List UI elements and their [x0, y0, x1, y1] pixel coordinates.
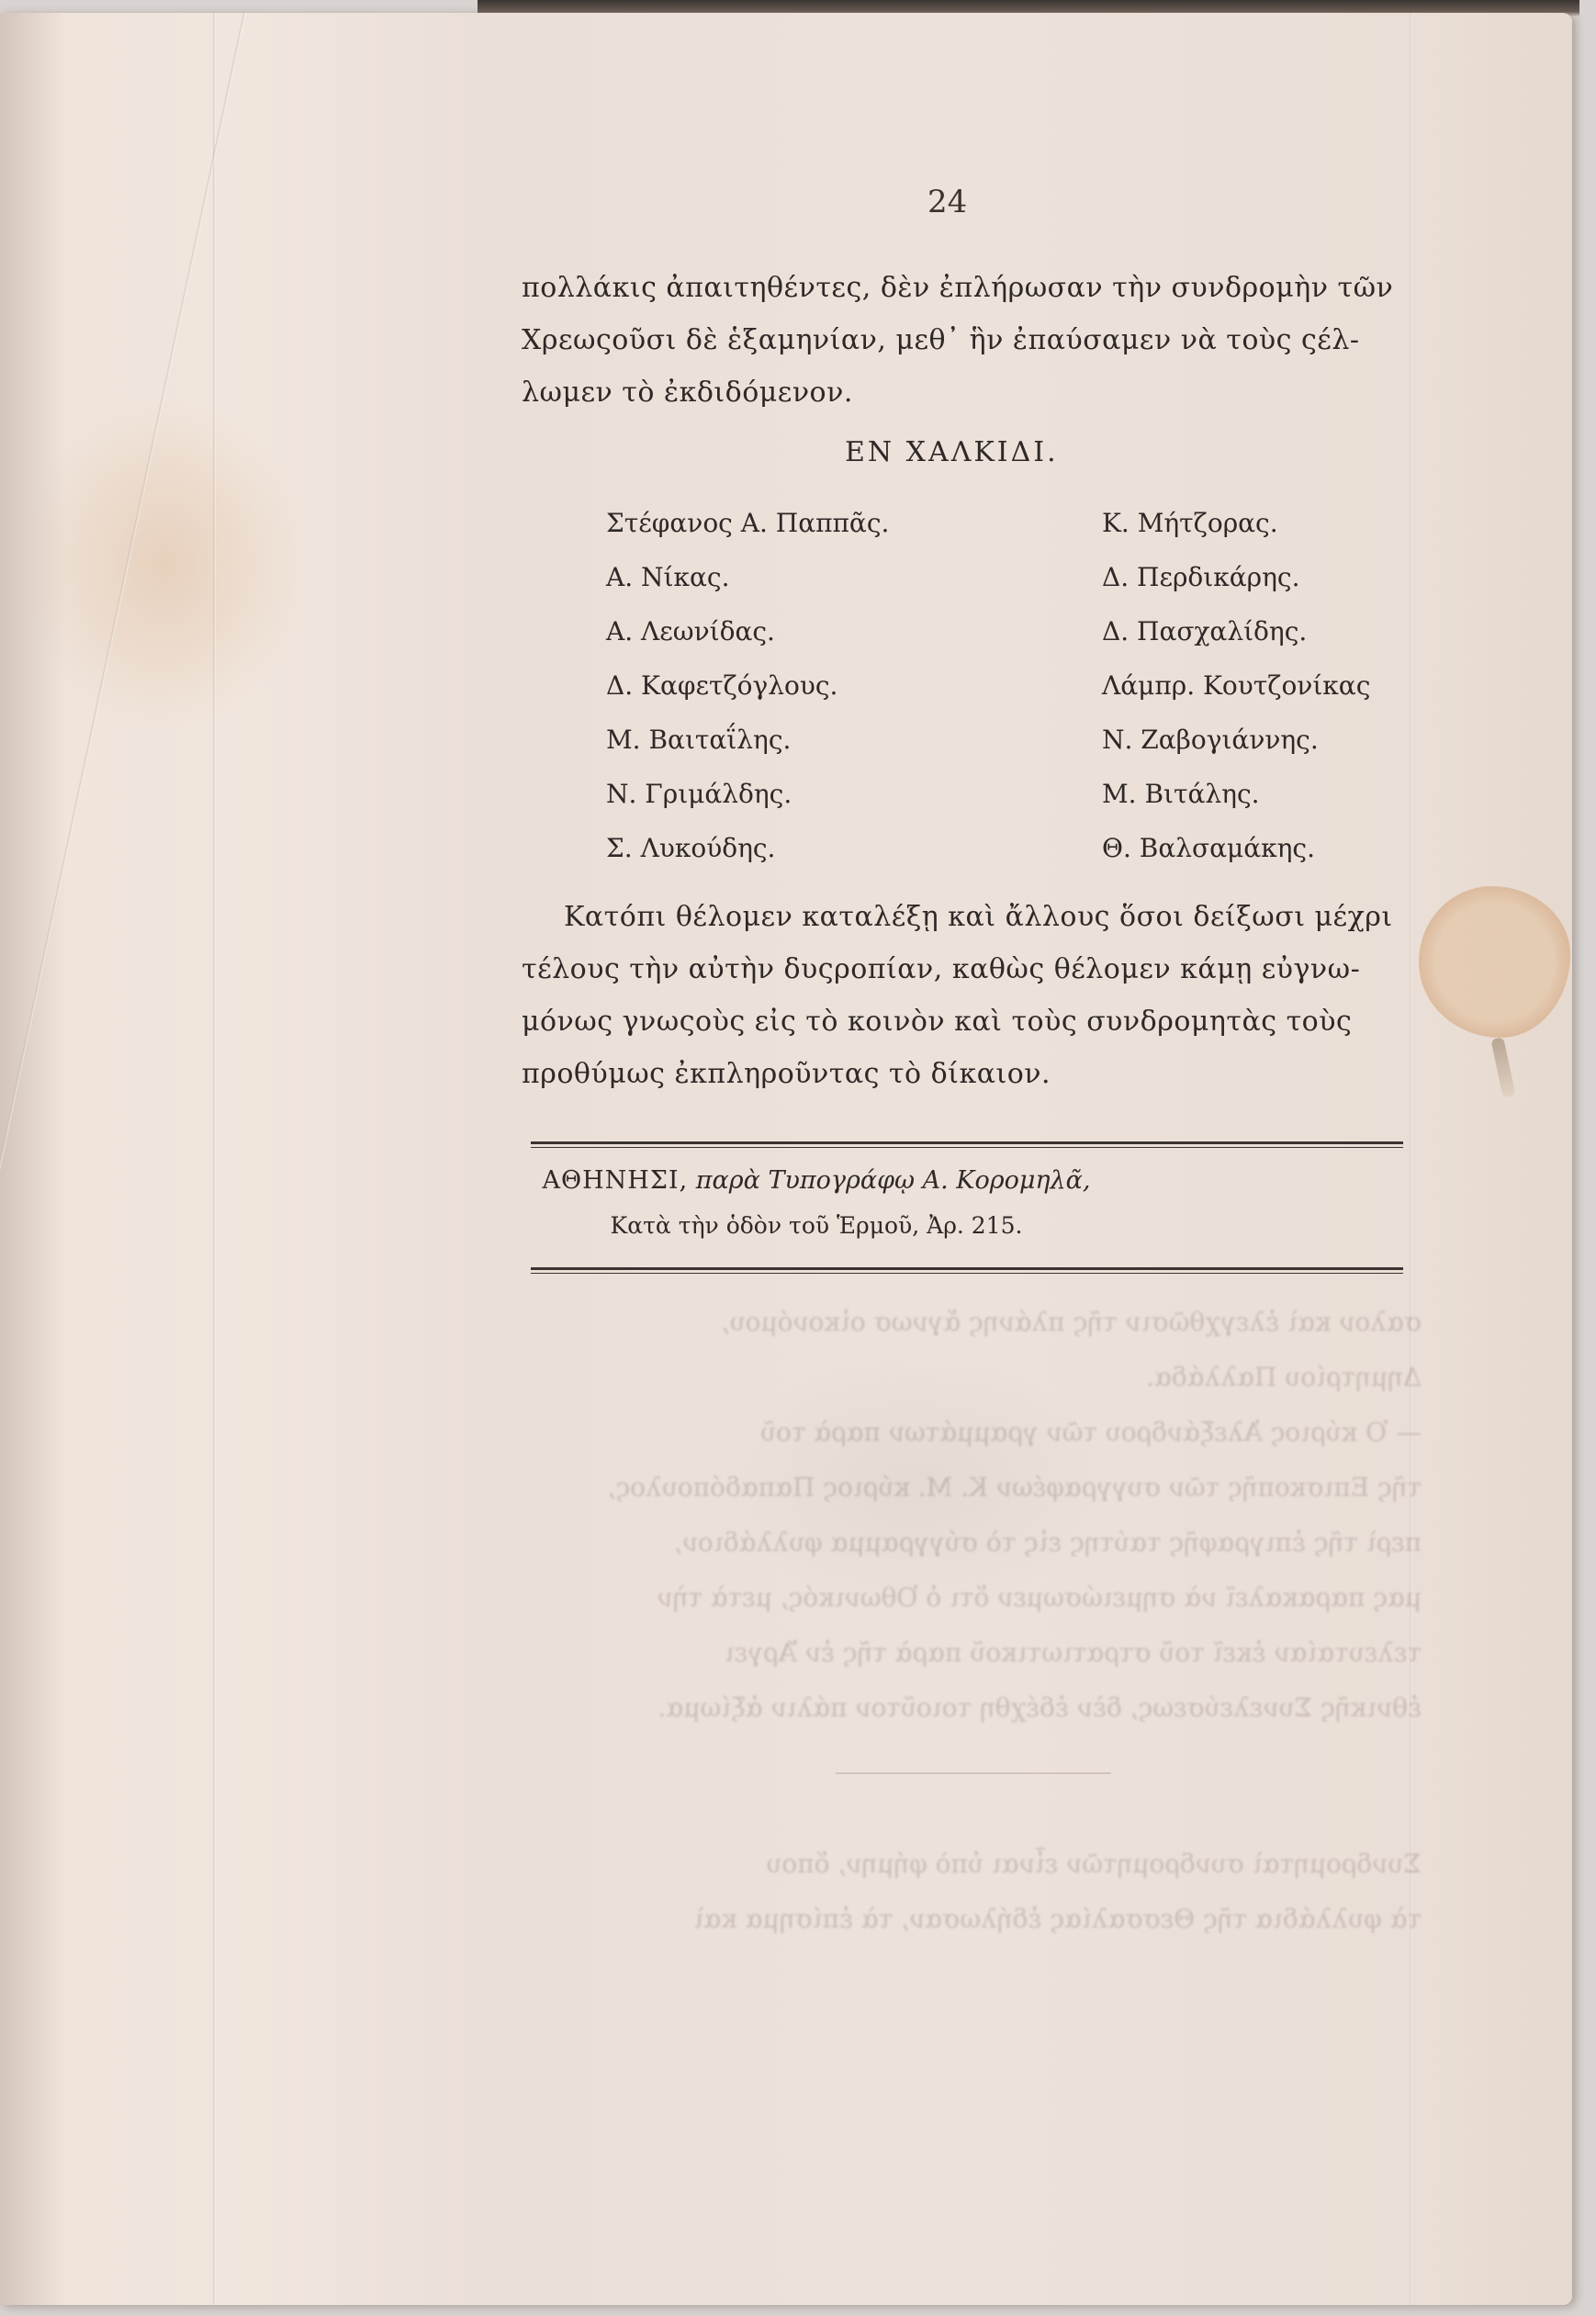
bleed-line: τελευταίαν ἐκεῖ τοῦ στρατιωτικοῦ παρὰ τῆ… [522, 1625, 1422, 1681]
show-through-text: Συνδρομηταὶ συνδρομητῶν εἶναι ὑπὸ φήμην,… [522, 1837, 1422, 1947]
name-right: Λάμπρ. Κουτζονίκας [1102, 658, 1433, 713]
bleed-line: μας παρακαλεῖ νὰ σημειώσωμεν ὅτι ὁ Ὀθωνι… [522, 1570, 1422, 1625]
name-right: Θ. Βαλσαμάκης. [1102, 821, 1433, 875]
imprint-city: ΑΘΗΝΗΣΙ, [542, 1166, 688, 1195]
name-right: Δ. Περδικάρης. [1102, 550, 1433, 604]
bleed-line: Συνδρομηταὶ συνδρομητῶν εἶναι ὑπὸ φήμην,… [522, 1837, 1422, 1892]
bleed-line: σαλον καὶ ἐλεγχθῶσιν τῆς πλάνης ἄγνωσ οἰ… [522, 1295, 1422, 1350]
closing-paragraph: Κατόπι θέλομεν καταλέξῃ καὶ ἄλλους ὅσοι … [522, 891, 1422, 1100]
imprint-address: Κατὰ τὴν ὁδὸν τοῦ Ἑρμοῦ, Ἀρ. 215. [0, 1212, 1596, 1239]
name-left: Α. Νίκας. [606, 550, 1102, 604]
opening-paragraph: πολλάκις ἀπαιτηθέντες, δὲν ἐπλήρωσαν τὴν… [522, 262, 1422, 419]
bleed-line: περὶ τῆς ἐπιγραφῆς ταύτης εἰς τὸ σύγγραμ… [522, 1515, 1422, 1570]
imprint-printer: παρὰ Τυπογράφῳ Α. Κορομηλᾶ, [696, 1166, 1091, 1195]
name-right: Κ. Μήτζορας. [1102, 496, 1433, 550]
name-right: Ν. Ζαβογιάννης. [1102, 713, 1433, 767]
torn-left-edge [0, 13, 83, 2305]
text-line: Κατόπι θέλομεν καταλέξῃ καὶ ἄλλους ὅσοι … [522, 891, 1422, 943]
name-left: Στέφανος Α. Παππᾶς. [606, 496, 1102, 550]
imprint-line: ΑΘΗΝΗΣΙ, παρὰ Τυπογράφῳ Α. Κορομηλᾶ, [0, 1166, 1596, 1195]
bleed-line: Δημητρίου Παλλάδα. [522, 1350, 1422, 1405]
show-through-text: σαλον καὶ ἐλεγχθῶσιν τῆς πλάνης ἄγνωσ οἰ… [522, 1295, 1422, 1736]
page-number: 24 [927, 184, 967, 220]
text-line: προθύμως ἐκπληροῦντας τὸ δίκαιον. [522, 1048, 1422, 1100]
name-right: Μ. Βιτάλης. [1102, 767, 1433, 821]
double-rule-top [531, 1141, 1403, 1148]
text-line: μόνως γνωςοὺς εἰς τὸ κοινὸν καὶ τοὺς συν… [522, 995, 1422, 1048]
text-line: τέλους τὴν αὐτὴν δυςροπίαν, καθὼς θέλομε… [522, 943, 1422, 995]
name-left: Μ. Βαιταΐλης. [606, 713, 1102, 767]
subscriber-names-list: Στέφανος Α. Παππᾶς. Κ. Μήτζορας. Α. Νίκα… [606, 496, 1433, 875]
bleed-line: — Ὁ κύριος Ἀλεξάνδρου τῶν γραμμάτων παρὰ… [522, 1405, 1422, 1460]
name-left: Σ. Λυκούδης. [606, 821, 1102, 875]
name-left: Α. Λεωνίδας. [606, 604, 1102, 658]
name-left: Ν. Γριμάλδης. [606, 767, 1102, 821]
water-stain [1419, 886, 1570, 1038]
text-line: πολλάκις ἀπαιτηθέντες, δὲν ἐπλήρωσαν τὴν… [522, 262, 1422, 314]
bleed-line: ἐθνικῆς Συνελεύσεως, δὲν ἐδέχθη τοιοῦτον… [522, 1681, 1422, 1736]
bleed-line: τὰ φυλλάδια τῆς Θεσσαλίας ἐδήλωσαν, τὰ ἐ… [522, 1892, 1422, 1947]
paper-fold-line [213, 13, 216, 2305]
name-right: Δ. Πασχαλίδης. [1102, 604, 1433, 658]
bleed-line: τῆς Επισκοπῆς τῶν συγγραφέων Κ. Μ. κύριο… [522, 1460, 1422, 1515]
section-heading: ΕΝ ΧΑΛΚΙΔΙ. [845, 436, 1059, 468]
name-left: Δ. Καφετζόγλους. [606, 658, 1102, 713]
show-through-separator [836, 1772, 1111, 1774]
text-line: Χρεωςοῦσι δὲ ἑξαμηνίαν, μεθ᾽ ἣν ἐπαύσαμε… [522, 314, 1422, 366]
double-rule-bottom [531, 1267, 1403, 1274]
text-line: λωμεν τὸ ἐκδιδόμενον. [522, 366, 1422, 419]
